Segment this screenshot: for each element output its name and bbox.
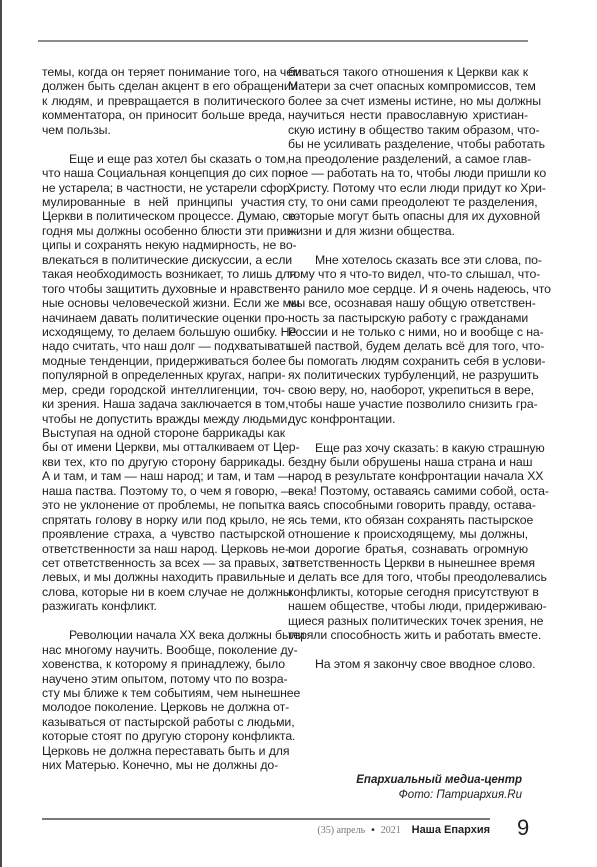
text-line: ки зрения. Наша задача заключается в том… xyxy=(42,397,285,411)
text-line: ность за пастырскую работу с гражданами xyxy=(288,311,528,325)
text-line: и делать все для того, чтобы преодолевал… xyxy=(288,570,528,584)
text-line: России и не только с ними, но и вообще с… xyxy=(288,325,528,339)
credit-organization: Епархиальный медиа-центр xyxy=(356,773,522,788)
text-line: должен быть сделан акцент в его обращени… xyxy=(42,79,285,93)
text-line: которые стоят по другую сторону конфликт… xyxy=(42,729,285,743)
text-line: того чтобы защитить духовные и нравствен… xyxy=(42,282,285,296)
text-line: казываться от пастырской работы с людьми… xyxy=(42,715,285,729)
text-line: Выступая на одной стороне баррикады как xyxy=(42,426,285,440)
footer-separator: • xyxy=(371,824,375,836)
text-line: комментатора, он приносит больше вреда, xyxy=(42,108,285,122)
text-line: темы, когда он теряет понимание того, на… xyxy=(42,65,285,79)
text-line: ховенства, к которому я принадлежу, было xyxy=(42,657,285,671)
text-line: чем пользы. xyxy=(42,123,285,137)
text-line: не устарела; в частности, не устарели сф… xyxy=(42,181,285,195)
text-line: начинаем давать политические оценки про- xyxy=(42,311,285,325)
text-line: мои дорогие братья, сознавать огромную xyxy=(288,542,528,556)
footer-issue: (35) апрель xyxy=(317,825,365,836)
text-line: что наша Социальная концепция до сих пор xyxy=(42,166,285,180)
page-number: 9 xyxy=(517,815,529,841)
text-line: слова, которые ни в коем случае не должн… xyxy=(42,585,285,599)
text-line: жизни и для жизни общества. xyxy=(288,224,528,238)
text-line: Революции начала XX века должны были xyxy=(42,628,285,642)
text-line: популярной в определенных кругах, напри- xyxy=(42,368,285,382)
text-line: тому что я что-то видел, что-то слышал, … xyxy=(288,267,528,281)
text-line: надо считать, что наш долг — подхватыват… xyxy=(42,339,285,353)
text-line: чтобы не допустить вражды между людьми. xyxy=(42,412,285,426)
text-line: кви тех, кто по другую сторону баррикады… xyxy=(42,455,285,469)
text-line: А и там, и там — наш народ; и там, и там… xyxy=(42,469,285,483)
text-line: это не уклонение от проблемы, не попытка xyxy=(42,498,285,512)
text-line: бы от имени Церкви, мы отталкиваем от Це… xyxy=(42,440,285,454)
text-line: свою веру, но, наоборот, укрепиться в ве… xyxy=(288,383,528,397)
article-paragraph: На этом я закончу свое вводное слово. xyxy=(288,657,528,671)
text-line: биваться такого отношения к Церкви как к xyxy=(288,65,528,79)
text-line: Еще раз хочу сказать: в какую страшную xyxy=(288,441,528,455)
text-line: на преодоление разделений, а самое глав- xyxy=(288,152,528,166)
text-line: сет ответственность за всех — за правых,… xyxy=(42,556,285,570)
text-line: дус конфронтации. xyxy=(288,412,528,426)
credit-photo: Фото: Патриархия.Ru xyxy=(356,788,522,803)
text-line: ципы и сохранять некую надмирность, не в… xyxy=(42,238,285,252)
text-line: Еще и еще раз хотел бы сказать о том, xyxy=(42,152,285,166)
article-paragraph: биваться такого отношения к Церкви как к… xyxy=(288,65,528,238)
text-line: научено этим опытом, потому что по возра… xyxy=(42,672,285,686)
text-line: нашем обществе, чтобы люди, придерживаю- xyxy=(288,599,528,613)
text-line: более за счет измены истине, но мы должн… xyxy=(288,94,528,108)
text-line: которые могут быть опасны для их духовно… xyxy=(288,209,528,223)
text-line: Христу. Потому что если люди придут ко Х… xyxy=(288,181,528,195)
text-line: влекаться в политические дискуссии, а ес… xyxy=(42,253,285,267)
text-line: ясь теми, кто обязан сохранять пастырско… xyxy=(288,513,528,527)
text-line: ваясь способными говорить правду, остава… xyxy=(288,498,528,512)
text-line: спрятать голову в норку или под крыло, н… xyxy=(42,513,285,527)
text-line: мер, среди городской интеллигенции, точ- xyxy=(42,383,285,397)
text-line: научиться нести православную христиан- xyxy=(288,108,528,122)
article-paragraph: Еще раз хочу сказать: в какую страшнуюбе… xyxy=(288,441,528,643)
text-line: конфликты, которые сегодня присутствуют … xyxy=(288,585,528,599)
text-line: модные тенденции, придерживаться более xyxy=(42,354,285,368)
text-line: щиеся разных политических точек зрения, … xyxy=(288,614,528,628)
article-column-right: биваться такого отношения к Церкви как к… xyxy=(288,65,528,686)
text-line: бы не усиливать разделение, чтобы работа… xyxy=(288,137,528,151)
footer-year: 2021 xyxy=(381,825,401,836)
text-line: На этом я закончу свое вводное слово. xyxy=(288,657,528,671)
article-paragraph: Революции начала XX века должны былинас … xyxy=(42,628,285,772)
text-line: левых, и мы должны находить правильные xyxy=(42,570,285,584)
text-line: ное — работать на то, чтобы люди пришли … xyxy=(288,166,528,180)
text-line: Церковь не должна переставать быть и для xyxy=(42,744,285,758)
text-line: мулированные в ней принципы участия xyxy=(42,195,285,209)
text-line: разжигать конфликт. xyxy=(42,599,285,613)
article-column-left: темы, когда он теряет понимание того, на… xyxy=(42,65,285,787)
text-line: сту мы ближе к тем событиям, чем нынешне… xyxy=(42,686,285,700)
article-paragraph: Мне хотелось сказать все эти слова, по-т… xyxy=(288,253,528,426)
text-line: к людям, и превращается в политического xyxy=(42,94,285,108)
text-line: ответственность Церкви в нынешнее время xyxy=(288,556,528,570)
page-left-edge xyxy=(0,0,2,867)
text-line: сту, то они сами преодолеют те разделени… xyxy=(288,195,528,209)
article-paragraph: Еще и еще раз хотел бы сказать о том,что… xyxy=(42,152,285,614)
text-line: отношение к происходящему, мы должны, xyxy=(288,527,528,541)
text-line: теряли способность жить и работать вмест… xyxy=(288,628,528,642)
text-line: шей паствой, будем делать всё для того, … xyxy=(288,339,528,353)
text-line: бы помогать людям сохранить себя в услов… xyxy=(288,354,528,368)
text-line: наша паства. Поэтому то, о чем я говорю,… xyxy=(42,484,285,498)
text-line: скую истину в общество таким образом, чт… xyxy=(288,123,528,137)
text-line: века! Поэтому, оставаясь самими собой, о… xyxy=(288,484,528,498)
article-paragraph: темы, когда он теряет понимание того, на… xyxy=(42,65,285,137)
text-line: проявление страха, а чувство пастырской xyxy=(42,527,285,541)
text-line: Церкви в политическом процессе. Думаю, с… xyxy=(42,209,285,223)
article-credits: Епархиальный медиа-центр Фото: Патриархи… xyxy=(356,773,522,803)
page-footer: (35) апрель • 2021 Наша Епархия xyxy=(317,824,490,836)
text-line: годня мы должны особенно блюсти эти прин… xyxy=(42,224,285,238)
header-rule xyxy=(38,40,528,42)
text-line: Матери за счет опасных компромиссов, тем xyxy=(288,79,528,93)
text-line: то ранило мое сердце. И я очень надеюсь,… xyxy=(288,282,528,296)
text-line: ях политических турбуленций, не разрушит… xyxy=(288,368,528,382)
text-line: бездну были обрушены наша страна и наш xyxy=(288,455,528,469)
text-line: нас многому научить. Вообще, поколение д… xyxy=(42,643,285,657)
text-line: чтобы наше участие позволило снизить гра… xyxy=(288,397,528,411)
text-line: ные основы человеческой жизни. Если же м… xyxy=(42,296,285,310)
text-line: них Матерью. Конечно, мы не должны до- xyxy=(42,758,285,772)
text-line: народ в результате конфронтации начала X… xyxy=(288,469,528,483)
text-line: мы все, осознавая нашу общую ответствен- xyxy=(288,296,528,310)
footer-magazine-title: Наша Епархия xyxy=(412,824,490,836)
footer-rule xyxy=(42,818,490,820)
text-line: исходящему, то делаем большую ошибку. Не xyxy=(42,325,285,339)
text-line: молодое поколение. Церковь не должна от- xyxy=(42,700,285,714)
text-line: Мне хотелось сказать все эти слова, по- xyxy=(288,253,528,267)
text-line: ответственности за наш народ. Церковь не… xyxy=(42,542,285,556)
text-line: такая необходимость возникает, то лишь д… xyxy=(42,267,285,281)
